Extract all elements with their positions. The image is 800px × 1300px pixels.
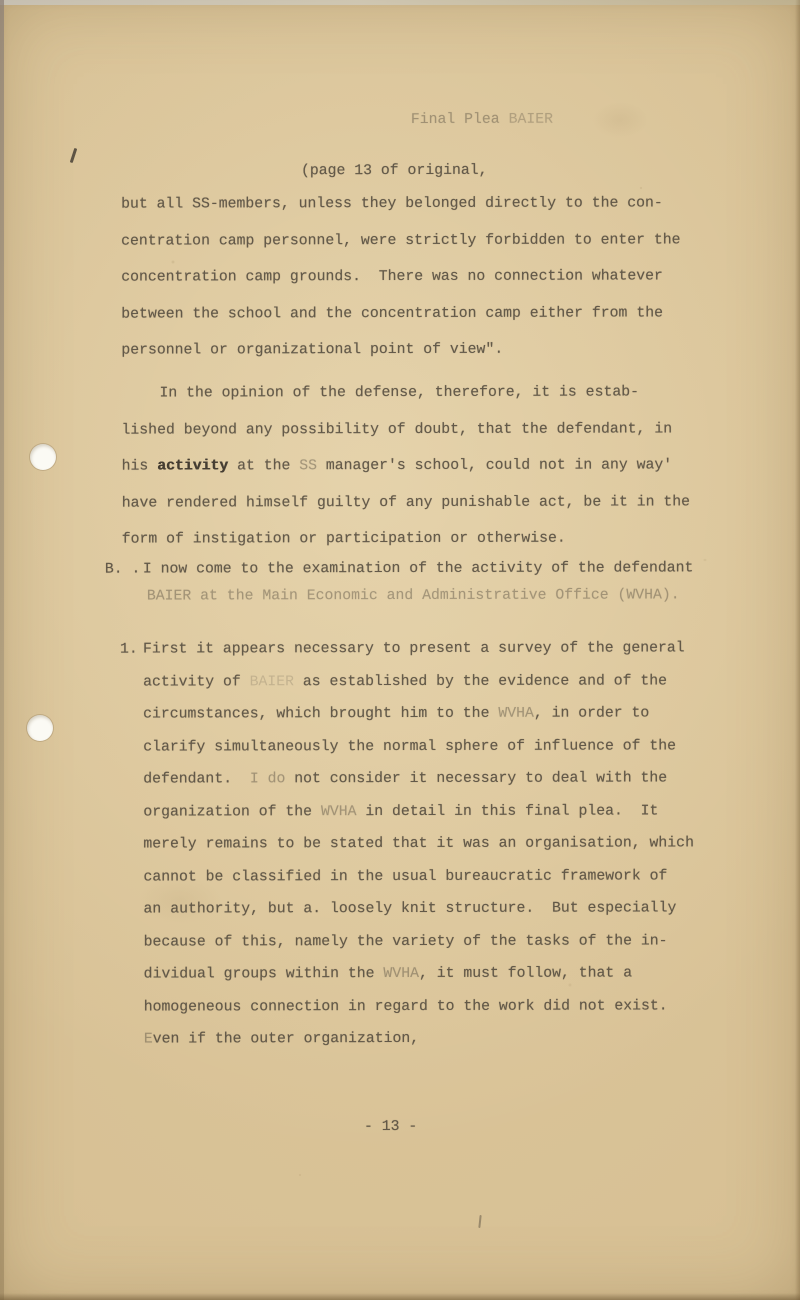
text-line: merely remains to be stated that it was … bbox=[143, 827, 694, 861]
text-segment: BAIER bbox=[250, 674, 294, 690]
text-line: In the opinion of the defense, therefore… bbox=[121, 374, 689, 412]
text-segment: I now come to the examination of the act… bbox=[143, 560, 694, 577]
text-segment: organization of the bbox=[143, 804, 321, 820]
text-line: defendant. I do not consider it necessar… bbox=[143, 762, 694, 796]
text-line: Even if the outer organization, bbox=[144, 1022, 695, 1056]
text-line: circumstances, which brought him to the … bbox=[143, 697, 694, 731]
page-number: - 13 - bbox=[364, 1117, 417, 1137]
text-segment: circumstances, which brought him to the bbox=[143, 706, 498, 723]
paragraph-2: In the opinion of the defense, therefore… bbox=[121, 374, 690, 558]
text-line: activity of BAIER as established by the … bbox=[143, 665, 694, 699]
text-segment: WVHA bbox=[321, 804, 357, 820]
text-segment: homogeneous connection in regard to the … bbox=[144, 998, 668, 1015]
text-segment: In the opinion of the defense, therefore… bbox=[159, 384, 639, 401]
text-line: form of instigation or participation or … bbox=[122, 520, 690, 558]
text-segment: form of instigation or participation or … bbox=[122, 531, 566, 548]
text-segment: clarify simultaneously the normal sphere… bbox=[143, 738, 676, 755]
text-segment: SS bbox=[299, 458, 326, 474]
text-segment: I do bbox=[250, 771, 294, 787]
text-segment: ven if the outer organization, bbox=[153, 1031, 419, 1048]
text-segment: First it appears necessary to present a … bbox=[143, 640, 685, 657]
text-segment: but all SS-members, unless they belonged… bbox=[121, 195, 663, 212]
text-line: 1.First it appears necessary to present … bbox=[143, 632, 694, 666]
text-segment: cannot be classified in the usual bureau… bbox=[143, 868, 667, 885]
text-line: Final Plea BAIER bbox=[411, 110, 553, 130]
list-marker: 1. bbox=[120, 634, 138, 667]
section-1: 1.First it appears necessary to present … bbox=[143, 632, 694, 1056]
text-line: centration camp personnel, were strictly… bbox=[121, 222, 680, 260]
text-segment: WVHA bbox=[498, 706, 534, 722]
text-line: homogeneous connection in regard to the … bbox=[144, 990, 695, 1024]
text-segment: an authority, but a. loosely knit struct… bbox=[144, 900, 677, 917]
punch-hole bbox=[30, 444, 56, 470]
text-segment: manager's school, could not in any way' bbox=[326, 457, 672, 474]
text-segment: his bbox=[122, 459, 158, 475]
text-segment: at the bbox=[228, 458, 299, 474]
text-segment: personnel or organizational point of vie… bbox=[121, 342, 503, 359]
text-line: have rendered himself guilty of any puni… bbox=[122, 484, 690, 522]
text-line: concentration camp grounds. There was no… bbox=[121, 258, 680, 296]
text-segment: BAIER bbox=[509, 112, 553, 128]
text-segment: defendant. bbox=[143, 771, 250, 787]
text-segment: have rendered himself guilty of any puni… bbox=[122, 494, 690, 511]
text-segment: , it must follow, that a bbox=[419, 966, 632, 982]
text-line: between the school and the concentration… bbox=[121, 295, 680, 333]
text-segment: lished beyond any possibility of doubt, … bbox=[122, 421, 673, 438]
text-segment: centration camp personnel, were strictly… bbox=[121, 232, 680, 249]
text-line: B. .I now come to the examination of the… bbox=[143, 555, 694, 583]
text-segment: activity bbox=[157, 458, 228, 474]
text-segment: merely remains to be stated that it was … bbox=[143, 835, 694, 852]
text-segment: in detail in this final plea. It bbox=[356, 803, 658, 820]
text-segment: because of this, namely the variety of t… bbox=[144, 933, 668, 950]
section-b: B. .I now come to the examination of the… bbox=[143, 555, 694, 610]
text-segment: concentration camp grounds. There was no… bbox=[121, 268, 663, 285]
text-segment: - 13 - bbox=[364, 1119, 417, 1135]
text-line: cannot be classified in the usual bureau… bbox=[143, 860, 694, 894]
document-page: Final Plea BAIER(page 13 of original,but… bbox=[0, 0, 800, 1300]
text-segment: dividual groups within the bbox=[144, 966, 384, 983]
text-line: lished beyond any possibility of doubt, … bbox=[122, 411, 690, 449]
text-line: an authority, but a. loosely knit struct… bbox=[144, 892, 695, 926]
text-segment: as established by the evidence and of th… bbox=[294, 673, 667, 690]
text-segment: (page 13 of original, bbox=[301, 163, 488, 179]
punch-hole bbox=[27, 715, 53, 741]
text-line: organization of the WVHA in detail in th… bbox=[143, 795, 694, 829]
text-line: because of this, namely the variety of t… bbox=[144, 925, 695, 959]
text-line: (page 13 of original, bbox=[301, 161, 488, 181]
text-line: BAIER at the Main Economic and Administr… bbox=[143, 582, 694, 610]
text-segment: between the school and the concentration… bbox=[121, 305, 663, 322]
text-line: - 13 - bbox=[364, 1117, 417, 1137]
list-marker: B. . bbox=[105, 557, 141, 584]
text-line: but all SS-members, unless they belonged… bbox=[121, 185, 680, 223]
text-segment: Final Plea bbox=[411, 112, 509, 128]
doc-title: Final Plea BAIER bbox=[411, 110, 553, 130]
text-segment: WVHA bbox=[383, 966, 419, 982]
text-segment: not consider it necessary to deal with t… bbox=[294, 770, 667, 787]
text-line: personnel or organizational point of vie… bbox=[121, 331, 680, 369]
text-segment: E bbox=[144, 1032, 153, 1048]
paragraph-1: but all SS-members, unless they belonged… bbox=[121, 185, 681, 369]
text-segment: , in order to bbox=[534, 705, 649, 721]
doc-subtitle: (page 13 of original, bbox=[301, 161, 488, 181]
text-segment: BAIER at the Main Economic and Administr… bbox=[147, 587, 680, 604]
text-line: his activity at the SS manager's school,… bbox=[122, 447, 690, 485]
text-line: dividual groups within the WVHA, it must… bbox=[144, 957, 695, 991]
text-segment: activity of bbox=[143, 674, 250, 690]
document-content: Final Plea BAIER(page 13 of original,but… bbox=[0, 0, 800, 1300]
text-line: clarify simultaneously the normal sphere… bbox=[143, 730, 694, 764]
